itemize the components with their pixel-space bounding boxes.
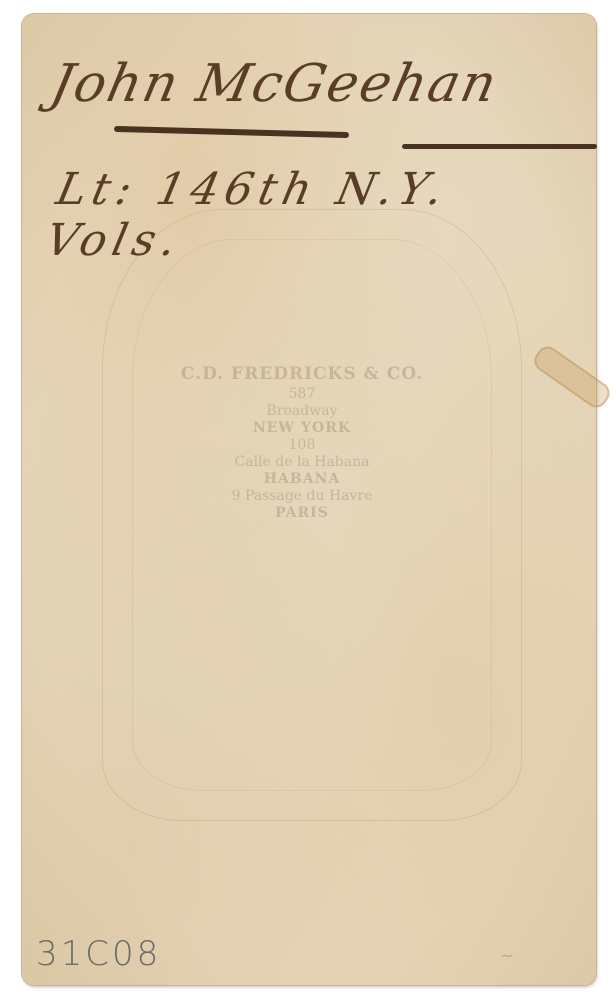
handwritten-regiment: Lt: 146th N.Y. Vols. [41,164,607,266]
stamp-line: HABANA [177,471,427,488]
faint-pencil-mark: ~ [500,946,513,965]
stamp-line: PARIS [177,505,427,522]
pencil-catalog-number: 31C08 [36,934,161,974]
stamp-line: 108 [177,437,427,454]
photographer-imprint-stamp: C.D. FREDRICKS & CO. 587 Broadway NEW YO… [177,364,427,604]
stamp-line: 587 [177,386,427,403]
water-stain [530,342,614,411]
stamp-line: NEW YORK [177,420,427,437]
stamp-line: 9 Passage du Havre [177,488,427,505]
stamp-line: Calle de la Habana [177,454,427,471]
handwritten-name: John McGeehan [46,54,504,114]
photo-card-back: John McGeehan Lt: 146th N.Y. Vols. C.D. … [22,14,596,985]
stamp-line: Broadway [177,403,427,420]
name-underline-stroke [114,126,349,138]
stamp-maker: C.D. FREDRICKS & CO. [177,364,427,384]
name-underline-stroke-2 [402,144,597,149]
